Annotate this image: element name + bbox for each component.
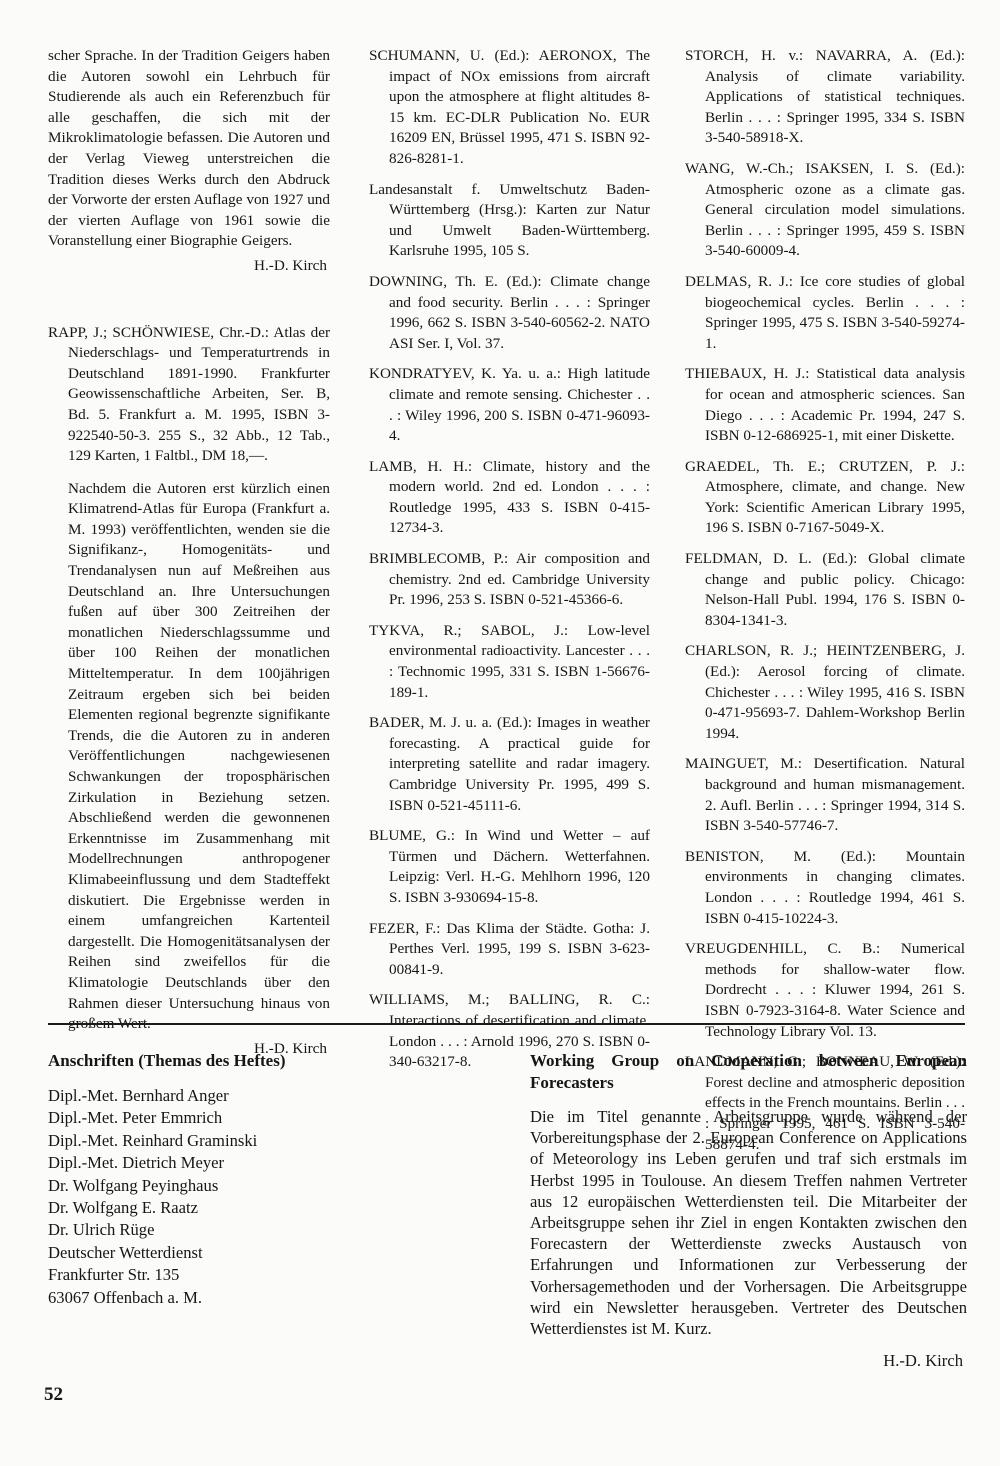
journal-page: scher Sprache. In der Tradition Geigers … [0,0,1000,1466]
bib-right-entry-7: MAINGUET, M.: Desertification. Natural b… [685,754,965,836]
bib-left-paragraph-0: scher Sprache. In der Tradition Geigers … [48,46,330,252]
working-group-block: Working Group on Cooperation between Eur… [530,1050,967,1371]
working-group-text: Die im Titel genannte Arbeitsgruppe wurd… [530,1106,967,1339]
bib-left-review-3: Nachdem die Autoren erst kürzlich einen … [48,479,330,1035]
bib-left-entry-2: RAPP, J.; SCHÖNWIESE, Chr.-D.: Atlas der… [48,323,330,467]
address-line-2: Dipl.-Met. Reinhard Graminski [48,1130,478,1152]
bib-middle-entry-6: TYKVA, R.; SABOL, J.: Low-level environm… [369,621,650,703]
bib-middle-entry-7: BADER, M. J. u. a. (Ed.): Images in weat… [369,713,650,816]
bib-right-entry-6: CHARLSON, R. J.; HEINTZENBERG, J. (Ed.):… [685,641,965,744]
section-divider-rule [48,1023,965,1025]
bib-middle-entry-1: Landesanstalt f. Umweltschutz Baden-Würt… [369,180,650,262]
address-line-4: Dr. Wolfgang Peyinghaus [48,1175,478,1197]
address-line-0: Dipl.-Met. Bernhard Anger [48,1085,478,1107]
working-group-signature: H.-D. Kirch [530,1351,967,1371]
address-line-1: Dipl.-Met. Peter Emmrich [48,1107,478,1129]
bib-right-entry-1: WANG, W.-Ch.; ISAKSEN, I. S. (Ed.): Atmo… [685,159,965,262]
bib-right-entry-9: VREUGDENHILL, C. B.: Numerical methods f… [685,939,965,1042]
addresses-block: Anschriften (Themas des Heftes) Dipl.-Me… [48,1050,478,1309]
bib-middle-entry-5: BRIMBLECOMB, P.: Air composition and che… [369,549,650,611]
addresses-list: Dipl.-Met. Bernhard AngerDipl.-Met. Pete… [48,1085,478,1309]
bib-right-entry-3: THIEBAUX, H. J.: Statistical data analys… [685,364,965,446]
bibliography-column-middle: SCHUMANN, U. (Ed.): AERONOX, The impact … [369,46,650,1083]
bib-right-entry-2: DELMAS, R. J.: Ice core studies of globa… [685,272,965,354]
bibliography-column-right: STORCH, H. v.: NAVARRA, A. (Ed.): Analys… [685,46,965,1165]
address-line-8: Frankfurter Str. 135 [48,1264,478,1286]
bib-middle-entry-4: LAMB, H. H.: Climate, history and the mo… [369,457,650,539]
bib-middle-entry-8: BLUME, G.: In Wind und Wetter – auf Türm… [369,826,650,908]
address-line-9: 63067 Offenbach a. M. [48,1287,478,1309]
bibliography-section: scher Sprache. In der Tradition Geigers … [48,46,965,1165]
address-line-3: Dipl.-Met. Dietrich Meyer [48,1152,478,1174]
address-line-5: Dr. Wolfgang E. Raatz [48,1197,478,1219]
working-group-heading: Working Group on Cooperation between Eur… [530,1050,967,1094]
bib-right-entry-5: FELDMAN, D. L. (Ed.): Global climate cha… [685,549,965,631]
bib-middle-entry-3: KONDRATYEV, K. Ya. u. a.: High latitude … [369,364,650,446]
bib-right-entry-0: STORCH, H. v.: NAVARRA, A. (Ed.): Analys… [685,46,965,149]
bib-middle-entry-2: DOWNING, Th. E. (Ed.): Climate change an… [369,272,650,354]
address-line-7: Deutscher Wetterdienst [48,1242,478,1264]
bib-right-entry-4: GRAEDEL, Th. E.; CRUTZEN, P. J.: Atmosph… [685,457,965,539]
bib-middle-entry-9: FEZER, F.: Das Klima der Städte. Gotha: … [369,919,650,981]
bib-left-signature-1: H.-D. Kirch [48,256,330,277]
bib-middle-entry-0: SCHUMANN, U. (Ed.): AERONOX, The impact … [369,46,650,170]
page-number: 52 [44,1384,63,1406]
address-line-6: Dr. Ulrich Rüge [48,1219,478,1241]
addresses-heading: Anschriften (Themas des Heftes) [48,1050,478,1072]
bibliography-column-left: scher Sprache. In der Tradition Geigers … [48,46,330,1105]
bib-right-entry-8: BENISTON, M. (Ed.): Mountain environment… [685,847,965,929]
